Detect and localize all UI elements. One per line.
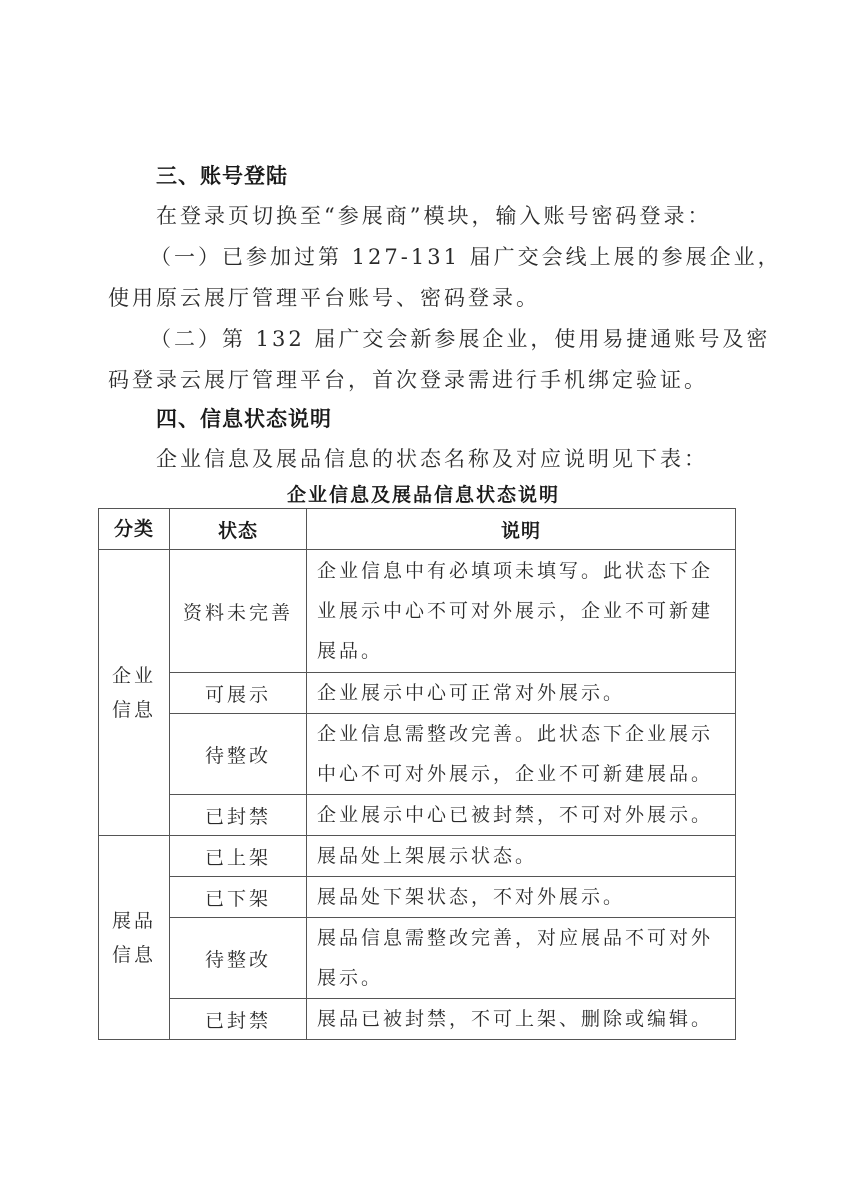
category-label: 展品信息: [112, 904, 156, 972]
table-row: 可展示 企业展示中心可正常对外展示。: [99, 673, 736, 714]
status-cell: 待整改: [170, 918, 307, 999]
status-cell: 已封禁: [170, 795, 307, 836]
category-cell: 企业信息: [99, 550, 170, 836]
section-3-intro: 在登录页切换至“参展商”模块，输入账号密码登录：: [156, 200, 711, 230]
header-category: 分类: [99, 509, 170, 550]
description-cell: 展品处上架展示状态。: [307, 836, 736, 877]
status-cell: 可展示: [170, 673, 307, 714]
table-row: 企业信息 资料未完善 企业信息中有必填项未填写。此状态下企业展示中心不可对外展示…: [99, 550, 736, 673]
description-cell: 展品信息需整改完善，对应展品不可对外展示。: [307, 918, 736, 999]
status-cell: 已上架: [170, 836, 307, 877]
category-label: 企业信息: [112, 659, 156, 727]
table-row: 已下架 展品处下架状态，不对外展示。: [99, 877, 736, 918]
table-row: 已封禁 企业展示中心已被封禁，不可对外展示。: [99, 795, 736, 836]
table-caption: 企业信息及展品信息状态说明: [0, 480, 847, 507]
description-cell: 企业展示中心可正常对外展示。: [307, 673, 736, 714]
section-3-item2-line1: （二）第 132 届广交会新参展企业，使用易捷通账号及密: [150, 323, 770, 353]
section-3-item1-line1: （一）已参加过第 127-131 届广交会线上展的参展企业，: [150, 241, 782, 271]
table-header-row: 分类 状态 说明: [99, 509, 736, 550]
section-3-heading: 三、账号登陆: [156, 160, 288, 190]
header-status: 状态: [170, 509, 307, 550]
section-4-heading: 四、信息状态说明: [156, 403, 332, 433]
status-cell: 已下架: [170, 877, 307, 918]
description-cell: 企业展示中心已被封禁，不可对外展示。: [307, 795, 736, 836]
section-3-item2-line2: 码登录云展厅管理平台，首次登录需进行手机绑定验证。: [108, 364, 708, 394]
table-row: 待整改 企业信息需整改完善。此状态下企业展示中心不可对外展示，企业不可新建展品。: [99, 714, 736, 795]
table-row: 已封禁 展品已被封禁，不可上架、删除或编辑。: [99, 999, 736, 1040]
description-cell: 展品已被封禁，不可上架、删除或编辑。: [307, 999, 736, 1040]
table-row: 待整改 展品信息需整改完善，对应展品不可对外展示。: [99, 918, 736, 999]
description-cell: 展品处下架状态，不对外展示。: [307, 877, 736, 918]
header-description: 说明: [307, 509, 736, 550]
status-cell: 资料未完善: [170, 550, 307, 673]
table-row: 展品信息 已上架 展品处上架展示状态。: [99, 836, 736, 877]
description-cell: 企业信息中有必填项未填写。此状态下企业展示中心不可对外展示，企业不可新建展品。: [307, 550, 736, 673]
description-cell: 企业信息需整改完善。此状态下企业展示中心不可对外展示，企业不可新建展品。: [307, 714, 736, 795]
status-cell: 已封禁: [170, 999, 307, 1040]
section-4-intro: 企业信息及展品信息的状态名称及对应说明见下表：: [156, 443, 708, 473]
status-table: 分类 状态 说明 企业信息 资料未完善 企业信息中有必填项未填写。此状态下企业展…: [98, 508, 736, 1040]
status-cell: 待整改: [170, 714, 307, 795]
category-cell: 展品信息: [99, 836, 170, 1040]
section-3-item1-line2: 使用原云展厅管理平台账号、密码登录。: [108, 282, 540, 312]
